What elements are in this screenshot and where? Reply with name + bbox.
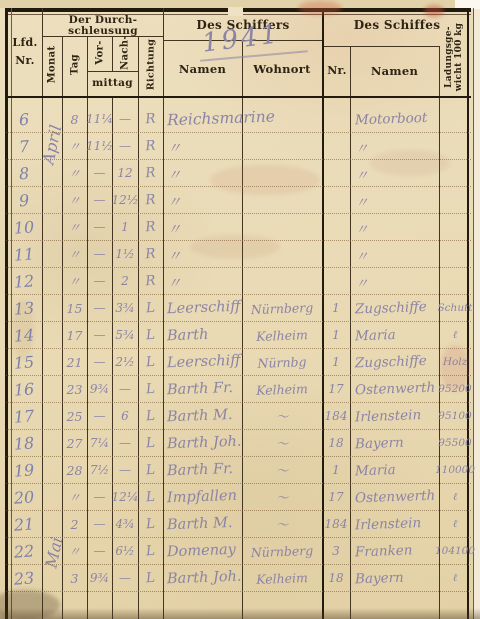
col-header-wohnort: Wohnort <box>244 62 320 76</box>
rule-vorm-nachm-header <box>112 36 113 71</box>
cell-nachmittag: 2½ <box>112 349 138 375</box>
col-header-lfd-line2: Nr. <box>8 54 42 67</box>
col-header-monat: Monat <box>47 35 58 95</box>
cell-schiff-nr: 1 <box>322 457 350 483</box>
cell-tag: 17 <box>62 322 87 348</box>
cell-tag: 〃 <box>62 133 87 159</box>
cell-lfd-nr: 6 <box>5 105 43 133</box>
cell-ladungsgewicht <box>439 268 471 294</box>
cell-monat <box>42 538 62 564</box>
cell-wohnort: 〜 <box>242 456 323 485</box>
cell-nachmittag: 1 <box>112 214 138 240</box>
cell-schiff-nr: 18 <box>322 565 350 591</box>
cell-nachmittag: 1½ <box>112 241 138 267</box>
cell-schiff-name: 〃 <box>350 266 440 295</box>
cell-schiff-name: Zugschiffe <box>350 293 440 322</box>
cell-ladungsgewicht: Schutt <box>439 295 471 321</box>
cell-lfd-nr: 7 <box>5 132 43 160</box>
cell-nachmittag: — <box>112 457 138 483</box>
cell-nachmittag: — <box>112 106 138 132</box>
cell-schiff-nr: 184 <box>322 511 350 537</box>
cell-schiff-nr: 3 <box>322 538 350 564</box>
scanned-ledger-page: Lfd. Nr. Der Durch- schleusung Des Schif… <box>0 0 480 619</box>
cell-schiff-name: Motorboot <box>350 104 440 133</box>
cell-nachmittag: 6½ <box>112 538 138 564</box>
cell-richtung: L <box>137 537 164 565</box>
cell-monat <box>42 214 62 240</box>
cell-wohnort <box>242 186 323 215</box>
cell-schiffer-name: Barth <box>163 321 243 350</box>
table-row: 7〃11½—R〃〃 <box>6 133 471 160</box>
cell-schiff-nr: 18 <box>322 430 350 456</box>
cell-schiff-nr <box>322 241 350 267</box>
cell-schiff-name: 〃 <box>350 131 440 160</box>
cell-schiff-name: Bayern <box>350 428 440 457</box>
col-header-vor: Vor- <box>95 23 106 83</box>
cell-lfd-nr: 12 <box>5 267 43 295</box>
table-row: 18277¼—LBarth Joh.〜18Bayern95500 <box>6 430 471 457</box>
table-row: 212—4¾LBarth M.〜184Irlensteinℓ <box>6 511 471 538</box>
cell-ladungsgewicht <box>439 241 471 267</box>
cell-schiff-nr: 1 <box>322 295 350 321</box>
cell-ladungsgewicht: ℓ <box>439 484 471 510</box>
cell-nachmittag: — <box>112 565 138 591</box>
cell-monat <box>42 430 62 456</box>
shadow-bottom-edge <box>0 608 480 619</box>
cell-lfd-nr: 8 <box>5 159 43 187</box>
cell-tag: 〃 <box>62 160 87 186</box>
cell-vormittag: — <box>87 268 112 294</box>
table-row: 1521—2½LLeerschiffNürnbg1ZugschiffeHolz <box>6 349 471 376</box>
cell-monat <box>42 295 62 321</box>
cell-ladungsgewicht: ℓ <box>439 511 471 537</box>
cell-schiffer-name: 〃 <box>163 267 243 296</box>
cell-ladungsgewicht: 95100 <box>439 403 471 429</box>
cell-richtung: L <box>137 564 164 592</box>
table-row: 9〃—12½R〃〃 <box>6 187 471 214</box>
cell-schiffer-name: 〃 <box>163 240 243 269</box>
cell-schiff-name: Ostenwerth <box>350 482 440 511</box>
cell-schiff-name: Zugschiffe <box>350 347 440 376</box>
cell-ladungsgewicht: 104100 <box>439 538 471 564</box>
cell-wohnort: Kelheim <box>242 375 323 404</box>
cell-monat <box>42 241 62 267</box>
cell-monat <box>42 484 62 510</box>
cell-lfd-nr: 18 <box>5 429 43 457</box>
cell-richtung: L <box>137 456 164 484</box>
rule-under-schiffes <box>324 46 439 47</box>
cell-tag: 3 <box>62 565 87 591</box>
cell-schiff-nr <box>322 160 350 186</box>
cell-vormittag: — <box>87 403 112 429</box>
table-row: 11〃—1½R〃〃 <box>6 241 471 268</box>
table-border-top <box>6 8 471 12</box>
cell-tag: 25 <box>62 403 87 429</box>
cell-richtung: L <box>137 429 164 457</box>
cell-schiffer-name: Reichsmarine <box>163 105 243 134</box>
cell-richtung: R <box>137 105 164 133</box>
cell-schiffer-name: Barth Fr. <box>163 375 243 404</box>
table-row: 1417—5¾LBarthKelheim1Mariaℓ <box>6 322 471 349</box>
cell-monat <box>42 403 62 429</box>
cell-schiffer-name: Leerschiff <box>163 294 243 323</box>
cell-ladungsgewicht <box>439 187 471 213</box>
col-header-ladung-line2: wicht 100 kg <box>454 23 464 92</box>
cell-vormittag: — <box>87 214 112 240</box>
cell-tag: 2 <box>62 511 87 537</box>
cell-wohnort <box>242 240 323 269</box>
cell-vormittag: — <box>87 241 112 267</box>
paper-edge-top <box>0 0 480 8</box>
cell-vormittag: 7¼ <box>87 430 112 456</box>
cell-richtung: R <box>137 240 164 268</box>
cell-schiffer-name: Barth M. <box>163 510 243 539</box>
cell-monat <box>42 565 62 591</box>
col-header-tag: Tag <box>70 35 81 95</box>
rule-header-bottom <box>6 96 471 98</box>
col-header-richtung: Richtung <box>146 35 157 95</box>
cell-richtung: L <box>137 294 164 322</box>
cell-richtung: R <box>137 213 164 241</box>
paper-edge-right <box>474 0 480 619</box>
cell-vormittag: 11¼ <box>87 106 112 132</box>
cell-lfd-nr: 11 <box>5 240 43 268</box>
cell-lfd-nr: 14 <box>5 321 43 349</box>
cell-schiffer-name: Barth M. <box>163 402 243 431</box>
cell-schiff-name: Irlenstein <box>350 401 440 430</box>
cell-schiff-nr <box>322 214 350 240</box>
cell-richtung: L <box>137 510 164 538</box>
cell-nachmittag: — <box>112 376 138 402</box>
table-row: 1315—3¾LLeerschiffNürnberg1ZugschiffeSch… <box>6 295 471 322</box>
cell-ladungsgewicht: Holz <box>439 349 471 375</box>
cell-wohnort: Nürnberg <box>242 294 323 323</box>
cell-wohnort: 〜 <box>242 510 323 539</box>
cell-schiff-nr: 184 <box>322 403 350 429</box>
table-row: 1725—6LBarth M.〜184Irlenstein95100 <box>6 403 471 430</box>
cell-lfd-nr: 16 <box>5 375 43 403</box>
cell-vormittag: 7½ <box>87 457 112 483</box>
cell-schiff-nr <box>322 187 350 213</box>
cell-schiffer-name: Domenay <box>163 537 243 566</box>
shadow-bottom-left <box>0 590 60 619</box>
cell-tag: 28 <box>62 457 87 483</box>
cell-monat <box>42 160 62 186</box>
cell-schiff-nr: 17 <box>322 484 350 510</box>
cell-monat <box>42 349 62 375</box>
cell-nachmittag: 12½ <box>112 187 138 213</box>
cell-richtung: R <box>137 132 164 160</box>
cell-schiff-nr <box>322 268 350 294</box>
cell-ladungsgewicht: ℓ <box>439 565 471 591</box>
col-header-mittag: mittag <box>87 77 138 89</box>
cell-ladungsgewicht: ℓ <box>439 322 471 348</box>
cell-nachmittag: 5¾ <box>112 322 138 348</box>
cell-vormittag: 9¾ <box>87 376 112 402</box>
cell-wohnort <box>242 132 323 161</box>
cell-nachmittag: 12 <box>112 160 138 186</box>
cell-wohnort <box>242 213 323 242</box>
cell-ladungsgewicht <box>439 133 471 159</box>
col-header-nach: Nach- <box>120 23 131 83</box>
cell-lfd-nr: 23 <box>5 564 43 592</box>
cell-lfd-nr: 15 <box>5 348 43 376</box>
col-header-nr: Nr. <box>324 64 350 77</box>
table-row: 20〃—12¼LImpfallen〜17Ostenwerthℓ <box>6 484 471 511</box>
cell-schiff-nr: 1 <box>322 322 350 348</box>
cell-tag: 〃 <box>62 538 87 564</box>
cell-vormittag: — <box>87 484 112 510</box>
table-row: 10〃—1R〃〃 <box>6 214 471 241</box>
cell-tag: 〃 <box>62 187 87 213</box>
cell-wohnort: Kelheim <box>242 321 323 350</box>
cell-vormittag: — <box>87 160 112 186</box>
cell-schiff-nr <box>322 133 350 159</box>
cell-wohnort: Kelheim <box>242 564 323 593</box>
cell-vormittag: — <box>87 187 112 213</box>
col-header-namen-schiffer: Namen <box>165 62 240 76</box>
cell-lfd-nr: 10 <box>5 213 43 241</box>
cell-schiffer-name: 〃 <box>163 159 243 188</box>
cell-ladungsgewicht: 95200 <box>439 376 471 402</box>
cell-nachmittag: — <box>112 430 138 456</box>
table-row: 22〃—6½LDomenayNürnberg3Franken104100 <box>6 538 471 565</box>
cell-schiff-name: Franken <box>350 536 440 565</box>
cell-tag: 〃 <box>62 241 87 267</box>
cell-tag: 〃 <box>62 268 87 294</box>
cell-wohnort: 〜 <box>242 483 323 512</box>
cell-monat <box>42 322 62 348</box>
cell-schiff-name: 〃 <box>350 158 440 187</box>
cell-lfd-nr: 22 <box>5 537 43 565</box>
cell-wohnort <box>242 105 323 134</box>
table-row: 8〃—12R〃〃 <box>6 160 471 187</box>
cell-nachmittag: 2 <box>112 268 138 294</box>
cell-schiff-name: Irlenstein <box>350 509 440 538</box>
cell-tag: 23 <box>62 376 87 402</box>
cell-richtung: L <box>137 402 164 430</box>
cell-wohnort: Nürnberg <box>242 537 323 566</box>
cell-schiff-name: 〃 <box>350 185 440 214</box>
cell-tag: 〃 <box>62 214 87 240</box>
cell-vormittag: 9¾ <box>87 565 112 591</box>
cell-tag: 27 <box>62 430 87 456</box>
cell-nachmittag: 3¾ <box>112 295 138 321</box>
table-row: 12〃—2R〃〃 <box>6 268 471 295</box>
cell-wohnort: Nürnbg <box>242 348 323 377</box>
cell-wohnort <box>242 267 323 296</box>
cell-schiffer-name: Barth Joh. <box>163 564 243 593</box>
cell-lfd-nr: 13 <box>5 294 43 322</box>
cell-schiffer-name: Impfallen <box>163 483 243 512</box>
col-header-ladung: Ladungsge- wicht 100 kg <box>444 17 466 97</box>
cell-schiffer-name: 〃 <box>163 132 243 161</box>
table-row: 2339¾—LBarth Joh.Kelheim18Bayernℓ <box>6 565 471 592</box>
cell-nachmittag: 12¼ <box>112 484 138 510</box>
cell-schiffer-name: 〃 <box>163 213 243 242</box>
cell-ladungsgewicht: 95500 <box>439 430 471 456</box>
cell-nachmittag: — <box>112 133 138 159</box>
cell-richtung: R <box>137 267 164 295</box>
cell-vormittag: — <box>87 511 112 537</box>
cell-monat <box>42 457 62 483</box>
cell-schiffer-name: Barth Joh. <box>163 429 243 458</box>
cell-lfd-nr: 19 <box>5 456 43 484</box>
cell-vormittag: 11½ <box>87 133 112 159</box>
cell-vormittag: — <box>87 322 112 348</box>
cell-vormittag: — <box>87 538 112 564</box>
cell-ladungsgewicht <box>439 106 471 132</box>
cell-monat <box>42 106 62 132</box>
cell-nachmittag: 4¾ <box>112 511 138 537</box>
cell-ladungsgewicht <box>439 214 471 240</box>
col-header-namen-schiff: Namen <box>352 64 437 78</box>
cell-lfd-nr: 21 <box>5 510 43 538</box>
cell-lfd-nr: 9 <box>5 186 43 214</box>
cell-monat <box>42 376 62 402</box>
cell-monat <box>42 511 62 537</box>
cell-richtung: R <box>137 159 164 187</box>
cell-nachmittag: 6 <box>112 403 138 429</box>
cell-schiffer-name: Barth Fr. <box>163 456 243 485</box>
cell-lfd-nr: 20 <box>5 483 43 511</box>
cell-richtung: R <box>137 186 164 214</box>
cell-vormittag: — <box>87 349 112 375</box>
cell-monat <box>42 133 62 159</box>
col-header-lfd-line1: Lfd. <box>8 36 42 49</box>
cell-wohnort: 〜 <box>242 402 323 431</box>
cell-richtung: L <box>137 375 164 403</box>
cell-tag: 15 <box>62 295 87 321</box>
cell-tag: 〃 <box>62 484 87 510</box>
cell-lfd-nr: 17 <box>5 402 43 430</box>
cell-ladungsgewicht <box>439 160 471 186</box>
cell-schiff-name: Bayern <box>350 563 440 592</box>
cell-ladungsgewicht: 110000 <box>439 457 471 483</box>
cell-schiff-name: Maria <box>350 320 440 349</box>
cell-wohnort: 〜 <box>242 429 323 458</box>
cell-schiff-name: Maria <box>350 455 440 484</box>
cell-schiffer-name: Leerschiff <box>163 348 243 377</box>
cell-schiff-nr: 1 <box>322 349 350 375</box>
table-row: 19287½—LBarth Fr.〜1Maria110000 <box>6 457 471 484</box>
cell-richtung: L <box>137 321 164 349</box>
cell-tag: 8 <box>62 106 87 132</box>
table-border-right-outer <box>473 8 474 619</box>
cell-richtung: L <box>137 483 164 511</box>
cell-wohnort <box>242 159 323 188</box>
cell-schiff-nr: 17 <box>322 376 350 402</box>
cell-schiff-name: 〃 <box>350 239 440 268</box>
table-row: 16239¾—LBarth Fr.Kelheim17Ostenwerth9520… <box>6 376 471 403</box>
table-row: 6811¼—RReichsmarineMotorboot <box>6 106 471 133</box>
col-header-ladung-line1: Ladungsge- <box>444 26 454 88</box>
cell-monat <box>42 268 62 294</box>
cell-vormittag: — <box>87 295 112 321</box>
cell-schiffer-name: 〃 <box>163 186 243 215</box>
cell-monat <box>42 187 62 213</box>
cell-schiff-name: 〃 <box>350 212 440 241</box>
cell-schiff-nr <box>322 106 350 132</box>
cell-richtung: L <box>137 348 164 376</box>
cell-tag: 21 <box>62 349 87 375</box>
cell-schiff-name: Ostenwerth <box>350 374 440 403</box>
